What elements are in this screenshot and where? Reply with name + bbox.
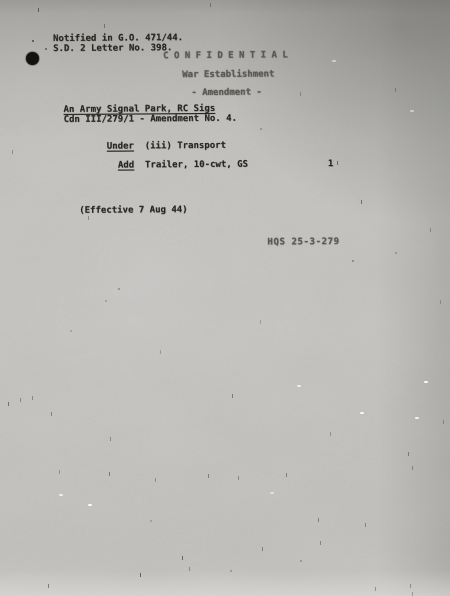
under-transport-line: Under (iii) Transport [107,141,226,152]
document-title: War Establishment [182,69,274,80]
scanned-document-page: Notified in G.O. 471/44. S.D. 2 Letter N… [0,0,450,596]
add-label: Add [118,160,134,170]
under-label: Under [107,141,134,151]
typewritten-text-layer: Notified in G.O. 471/44. S.D. 2 Letter N… [0,0,450,596]
add-item-line: Add Trailer, 10-cwt, GS [118,160,248,171]
add-item-text: Trailer, 10-cwt, GS [134,160,248,171]
document-subtitle: - Amendment - [191,88,262,98]
under-section-text: (iii) Transport [134,141,226,152]
add-quantity-value: 1 [328,159,333,169]
letter-number-line: S.D. 2 Letter No. 398. [53,43,172,54]
file-number: HQS 25-3-279 [267,237,339,248]
reference-line: Cdn III/279/1 - Amendment No. 4. [64,114,237,125]
classification-stamp: C O N F I D E N T I A L [163,50,288,61]
effective-date-line: (Effective 7 Aug 44) [79,205,187,216]
